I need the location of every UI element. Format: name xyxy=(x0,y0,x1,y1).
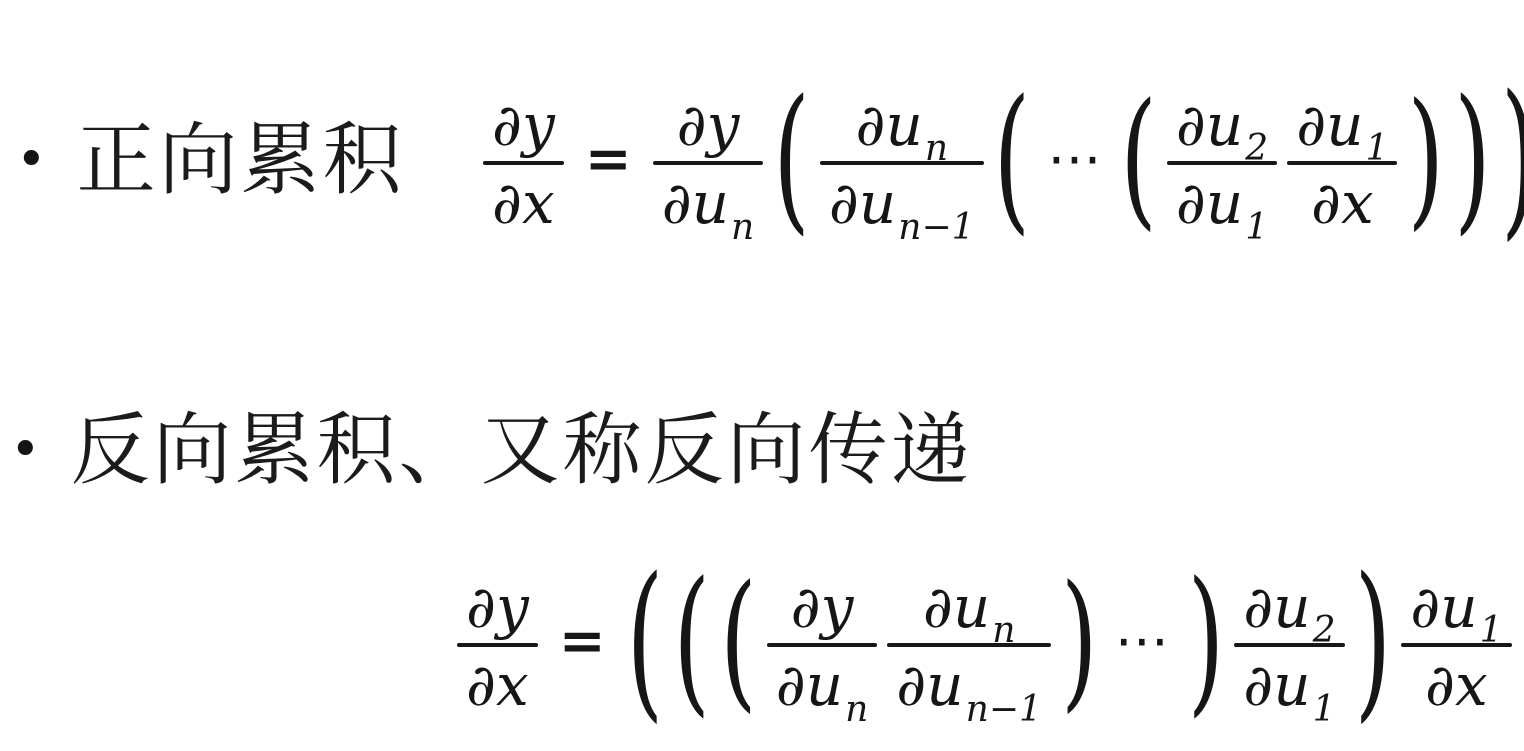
close-paren-3: ) xyxy=(1061,568,1098,717)
close-paren-1: ) xyxy=(1355,557,1392,726)
slide: • 正向累积 ∂y ∂x = ∂y ∂un ( ∂un ∂un−1 ( ⋯ ( … xyxy=(0,0,1524,751)
math-subscript: n xyxy=(992,613,1015,649)
fraction-dy-dx: ∂y ∂x xyxy=(483,78,564,248)
ellipsis: ⋯ xyxy=(1047,132,1103,186)
fraction-dy-dun: ∂y ∂un xyxy=(767,560,878,730)
math-term: ∂u xyxy=(1176,174,1243,232)
bullet-marker: • xyxy=(10,424,41,476)
math-subscript: n xyxy=(731,210,754,246)
math-subscript: n xyxy=(845,692,868,728)
math-term: ∂y xyxy=(492,96,555,154)
open-paren-2: ( xyxy=(994,81,1031,239)
close-paren-1: ) xyxy=(1501,75,1524,244)
formula-reverse-accumulation: ∂y ∂x = ( ( ( ∂y ∂un ∂un ∂un−1 ) ⋯ ) ∂u2… xyxy=(452,560,1517,730)
math-term: ∂u xyxy=(1243,656,1310,714)
formula-forward-accumulation: ∂y ∂x = ∂y ∂un ( ∂un ∂un−1 ( ⋯ ( ∂u2 ∂u1… xyxy=(478,78,1524,248)
math-subscript: 2 xyxy=(1313,613,1336,649)
math-term: ∂y xyxy=(791,578,854,636)
open-paren-3: ( xyxy=(720,568,757,717)
math-term: ∂u xyxy=(829,174,896,232)
bullet-label-reverse-accumulation: 反向累积、又称反向传递 xyxy=(71,407,973,494)
math-term: ∂u xyxy=(855,96,922,154)
math-subscript: 1 xyxy=(1366,131,1389,167)
math-term: ∂x xyxy=(1311,174,1374,232)
fraction-dun-dun-1: ∂un ∂un−1 xyxy=(887,560,1051,730)
open-paren-3: ( xyxy=(1120,86,1157,235)
equals-sign: = xyxy=(559,613,606,669)
fraction-du2-du1: ∂u2 ∂u1 xyxy=(1167,78,1277,248)
math-term: ∂x xyxy=(1425,656,1488,714)
math-subscript: 1 xyxy=(1313,692,1336,728)
fraction-du2-du1: ∂u2 ∂u1 xyxy=(1234,560,1344,730)
math-term: ∂u xyxy=(1296,96,1363,154)
bullet-label-forward-accumulation: 正向累积 xyxy=(77,117,405,204)
math-term: ∂u xyxy=(896,656,963,714)
fraction-du1-dx: ∂u1 ∂x xyxy=(1287,78,1397,248)
open-paren-1: ( xyxy=(773,81,810,239)
math-subscript: 1 xyxy=(1245,210,1268,246)
math-term: ∂y xyxy=(677,96,740,154)
math-term: ∂u xyxy=(776,656,843,714)
math-term: ∂u xyxy=(923,578,990,636)
math-term: ∂u xyxy=(1410,578,1477,636)
math-term: ∂x xyxy=(466,656,529,714)
math-subscript: n−1 xyxy=(966,692,1042,728)
open-paren-1: ( xyxy=(627,557,664,726)
close-paren-3: ) xyxy=(1407,86,1444,235)
open-paren-2: ( xyxy=(673,563,710,721)
math-term: ∂x xyxy=(492,174,555,232)
bullet-marker: • xyxy=(16,134,47,186)
fraction-du1-dx: ∂u1 ∂x xyxy=(1401,560,1511,730)
math-term: ∂u xyxy=(1176,96,1243,154)
math-term: ∂u xyxy=(1243,578,1310,636)
bullet-item-reverse-accumulation: • 反向累积、又称反向传递 xyxy=(10,404,973,496)
fraction-dun-dun-1: ∂un ∂un−1 xyxy=(820,78,984,248)
fraction-dy-dx: ∂y ∂x xyxy=(457,560,538,730)
math-subscript: n−1 xyxy=(898,210,974,246)
equals-sign: = xyxy=(585,131,632,187)
bullet-item-forward-accumulation: • 正向累积 xyxy=(16,114,405,206)
math-term: ∂y xyxy=(466,578,529,636)
close-paren-2: ) xyxy=(1188,563,1225,721)
ellipsis: ⋯ xyxy=(1115,614,1171,668)
math-subscript: n xyxy=(925,131,948,167)
math-subscript: 2 xyxy=(1245,131,1268,167)
math-subscript: 1 xyxy=(1480,613,1503,649)
fraction-dy-dun: ∂y ∂un xyxy=(653,78,764,248)
close-paren-2: ) xyxy=(1454,81,1491,239)
math-term: ∂u xyxy=(662,174,729,232)
